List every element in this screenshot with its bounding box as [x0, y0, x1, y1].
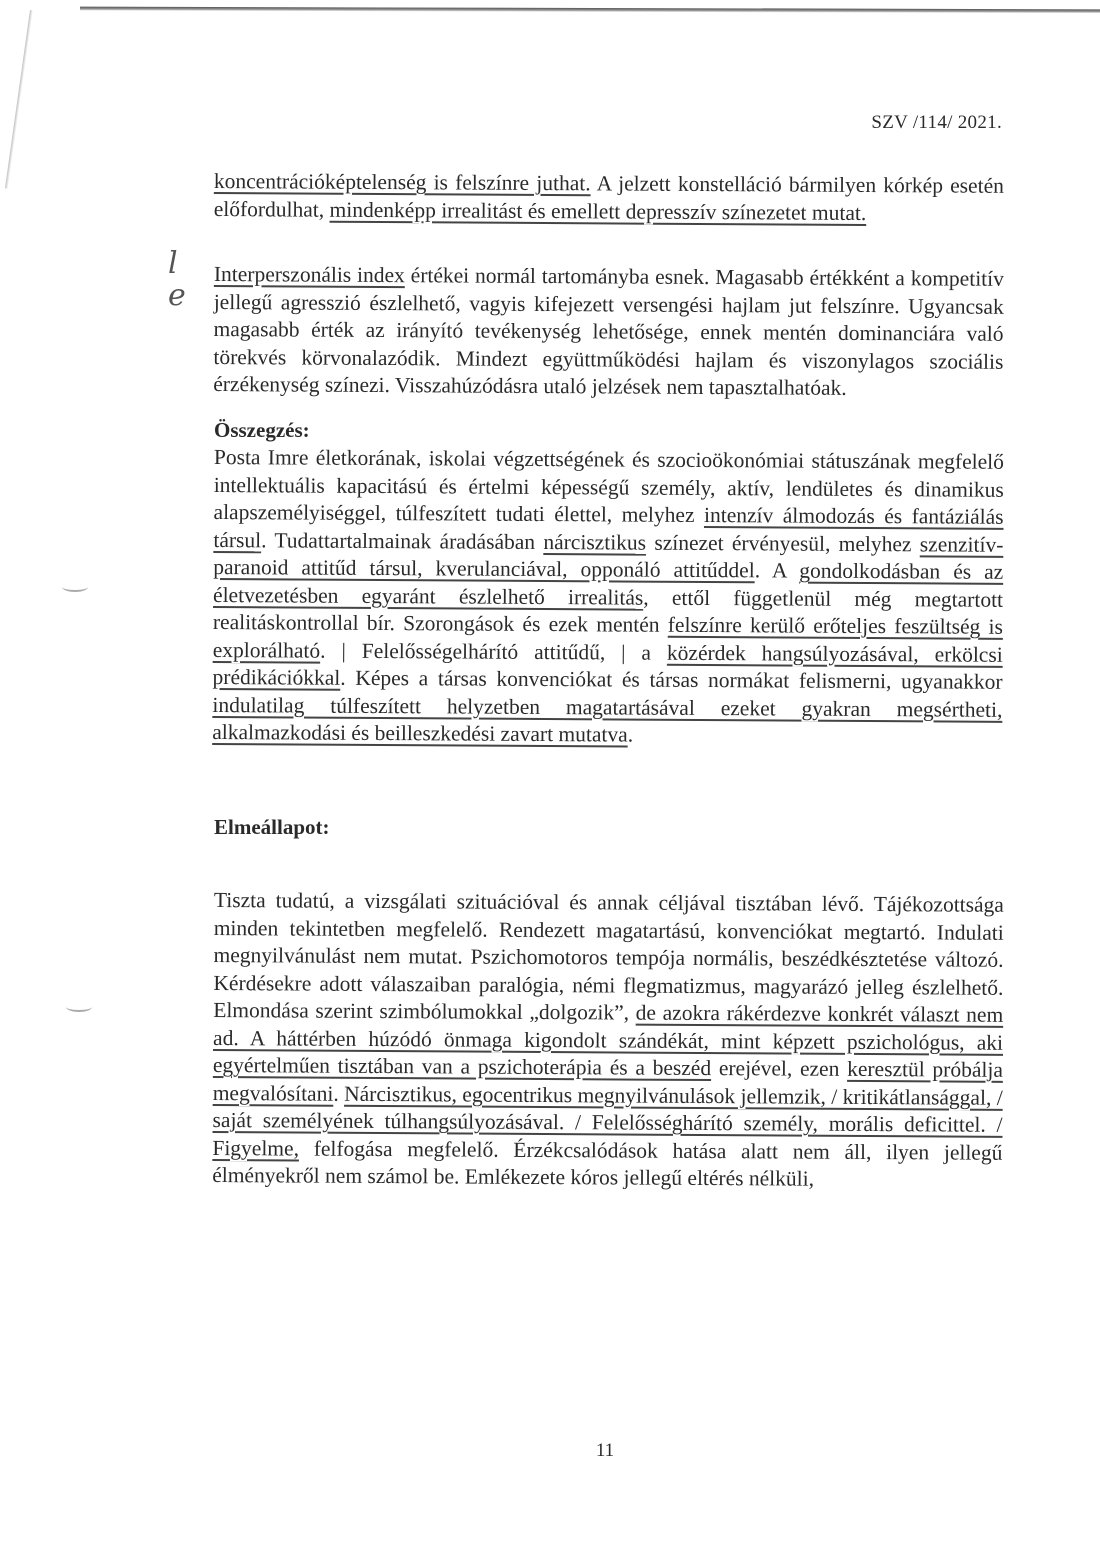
section-heading-mental-state: Elmeállapot: — [214, 814, 1004, 841]
text: . | Felelősségelhárító attitűdű, | a — [320, 638, 667, 664]
text: . — [628, 722, 634, 746]
punch-hole-mark — [62, 582, 88, 592]
underlined-text: koncentrációképtelenség is felszínre jut… — [214, 169, 591, 195]
underlined-text: indulatilag túlfeszített helyzetben maga… — [212, 692, 1002, 746]
section-heading-summary: Összegzés: — [214, 417, 1004, 444]
text: felfogása megfelelő. Érzékcsalódások hat… — [212, 1136, 1002, 1191]
paragraph-interpersonal-index: Interperszonális index értékei normál ta… — [213, 261, 1004, 403]
text: erejével, ezen — [711, 1056, 847, 1081]
scan-paper-edge-left — [5, 10, 33, 189]
text: . A — [755, 558, 800, 582]
paragraph-mental-state: Tiszta tudatú, a vizsgálati szituációval… — [212, 887, 1004, 1194]
paragraph-summary: Posta Imre életkorának, iskolai végzetts… — [212, 444, 1004, 751]
paragraph-continuation: koncentrációképtelenség is felszínre jut… — [214, 168, 1004, 228]
punch-hole-mark — [66, 1002, 92, 1012]
text: . Tudattartalmainak áradásában — [261, 527, 543, 553]
scan-paper-edge-top — [80, 7, 1100, 14]
text: színezet érvényesül, melyhez — [646, 530, 920, 556]
text: . Képes a társas konvenciókat és társas … — [340, 665, 1002, 693]
document-reference-number: SZV /114/ 2021. — [871, 112, 1002, 134]
page-number: 11 — [0, 1440, 1100, 1462]
underlined-text: Interperszonális index — [214, 262, 405, 287]
handwritten-margin-note: l e — [168, 248, 186, 312]
page-body: koncentrációképtelenség is felszínre jut… — [214, 168, 1004, 1190]
underlined-text: mindenképp irrealitást és emellett depre… — [330, 197, 867, 224]
text: . — [333, 1081, 344, 1105]
underlined-text: nárcisztikus — [543, 529, 646, 554]
